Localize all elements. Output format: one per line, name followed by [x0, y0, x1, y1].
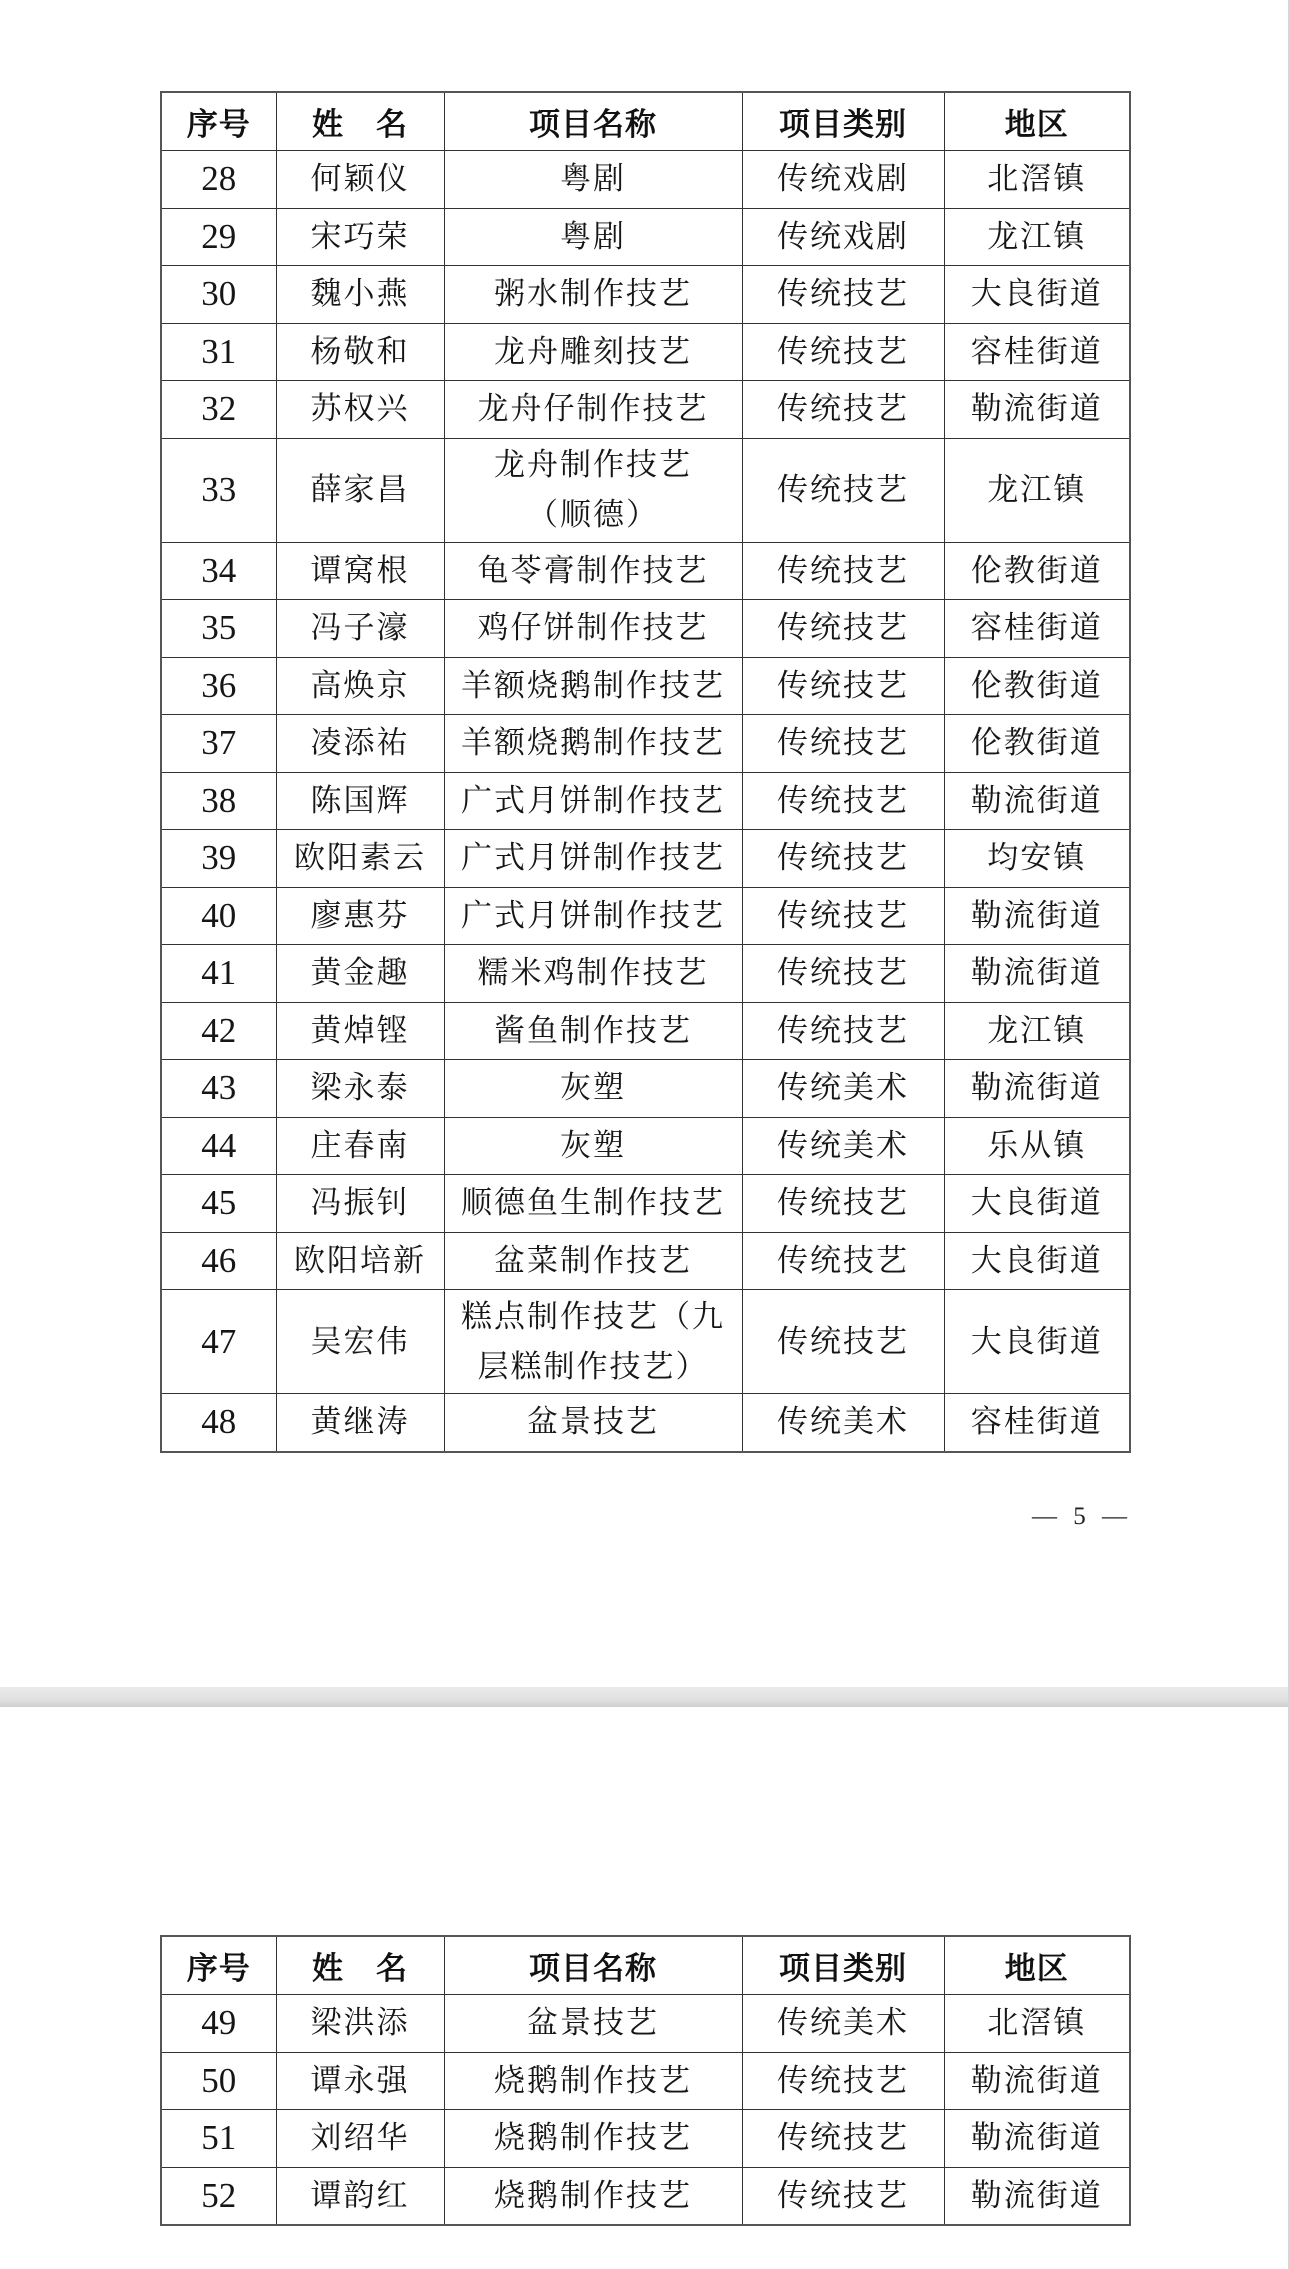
table-row: 46 欧阳培新 盆菜制作技艺 传统技艺 大良街道 [161, 1232, 1130, 1290]
cell-project-name: 广式月饼制作技艺 [444, 772, 742, 830]
table-row: 44 庄春南 灰塑 传统美术 乐从镇 [161, 1117, 1130, 1175]
cell-project-name: 灰塑 [444, 1060, 742, 1118]
table-row: 47 吴宏伟 糕点制作技艺（九 层糕制作技艺） 传统技艺 大良街道 [161, 1290, 1130, 1394]
table-row: 36 高焕京 羊额烧鹅制作技艺 传统技艺 伦教街道 [161, 657, 1130, 715]
document-page-5: 序号 姓 名 项目名称 项目类别 地区 28 何颖仪 粤剧 传统戏剧 北滘镇 2… [0, 0, 1288, 1687]
cell-serial-no: 35 [161, 600, 276, 658]
header-region: 地区 [944, 1936, 1130, 1995]
cell-region: 容桂街道 [944, 600, 1130, 658]
cell-project-name: 糕点制作技艺（九 层糕制作技艺） [444, 1290, 742, 1394]
table-row: 41 黄金趣 糯米鸡制作技艺 传统技艺 勒流街道 [161, 945, 1130, 1003]
cell-name: 黄继涛 [276, 1394, 444, 1452]
cell-region: 龙江镇 [944, 438, 1130, 542]
header-project-name: 项目名称 [444, 1936, 742, 1995]
cell-project-category: 传统技艺 [742, 715, 944, 773]
header-region: 地区 [944, 92, 1130, 151]
cell-region: 勒流街道 [944, 2052, 1130, 2110]
cell-name: 谭韵红 [276, 2167, 444, 2225]
header-name: 姓 名 [276, 92, 444, 151]
cell-project-name: 烧鹅制作技艺 [444, 2110, 742, 2168]
cell-name: 何颖仪 [276, 151, 444, 209]
cell-serial-no: 44 [161, 1117, 276, 1175]
cell-project-name: 烧鹅制作技艺 [444, 2167, 742, 2225]
table-row: 34 谭窝根 龟苓膏制作技艺 传统技艺 伦教街道 [161, 542, 1130, 600]
cell-serial-no: 30 [161, 266, 276, 324]
cell-region: 均安镇 [944, 830, 1130, 888]
cell-serial-no: 43 [161, 1060, 276, 1118]
cell-region: 伦教街道 [944, 715, 1130, 773]
header-serial-no: 序号 [161, 1936, 276, 1995]
cell-name: 吴宏伟 [276, 1290, 444, 1394]
table-row: 40 廖惠芬 广式月饼制作技艺 传统技艺 勒流街道 [161, 887, 1130, 945]
cell-project-category: 传统技艺 [742, 772, 944, 830]
cell-name: 苏权兴 [276, 381, 444, 439]
table-header-row: 序号 姓 名 项目名称 项目类别 地区 [161, 92, 1130, 151]
cell-serial-no: 33 [161, 438, 276, 542]
cell-project-category: 传统技艺 [742, 323, 944, 381]
page-number: — 5 — [1032, 1502, 1127, 1532]
cell-project-name: 龙舟制作技艺 （顺德） [444, 438, 742, 542]
table-row: 31 杨敬和 龙舟雕刻技艺 传统技艺 容桂街道 [161, 323, 1130, 381]
table-row: 50 谭永强 烧鹅制作技艺 传统技艺 勒流街道 [161, 2052, 1130, 2110]
document-page-6: 序号 姓 名 项目名称 项目类别 地区 49 梁洪添 盆景技艺 传统美术 北滘镇… [0, 1707, 1288, 2269]
cell-project-category: 传统戏剧 [742, 151, 944, 209]
cell-project-category: 传统美术 [742, 1995, 944, 2053]
cell-region: 乐从镇 [944, 1117, 1130, 1175]
cell-project-name: 鸡仔饼制作技艺 [444, 600, 742, 658]
cell-region: 勒流街道 [944, 2110, 1130, 2168]
cell-project-name: 龙舟雕刻技艺 [444, 323, 742, 381]
cell-name: 欧阳素云 [276, 830, 444, 888]
table-row: 38 陈国辉 广式月饼制作技艺 传统技艺 勒流街道 [161, 772, 1130, 830]
cell-project-name: 羊额烧鹅制作技艺 [444, 657, 742, 715]
table-row: 49 梁洪添 盆景技艺 传统美术 北滘镇 [161, 1995, 1130, 2053]
cell-name: 黄焯铿 [276, 1002, 444, 1060]
cell-name: 冯振钊 [276, 1175, 444, 1233]
header-project-category: 项目类别 [742, 1936, 944, 1995]
cell-serial-no: 37 [161, 715, 276, 773]
cell-name: 杨敬和 [276, 323, 444, 381]
header-project-category: 项目类别 [742, 92, 944, 151]
cell-serial-no: 29 [161, 208, 276, 266]
cell-name: 宋巧荣 [276, 208, 444, 266]
page-separator [0, 1687, 1290, 1707]
table-row: 42 黄焯铿 酱鱼制作技艺 传统技艺 龙江镇 [161, 1002, 1130, 1060]
cell-project-category: 传统美术 [742, 1394, 944, 1452]
cell-project-category: 传统美术 [742, 1060, 944, 1118]
cell-region: 大良街道 [944, 1290, 1130, 1394]
cell-serial-no: 52 [161, 2167, 276, 2225]
cell-project-category: 传统技艺 [742, 438, 944, 542]
cell-serial-no: 31 [161, 323, 276, 381]
cell-serial-no: 28 [161, 151, 276, 209]
cell-serial-no: 41 [161, 945, 276, 1003]
cell-serial-no: 49 [161, 1995, 276, 2053]
cell-region: 勒流街道 [944, 1060, 1130, 1118]
cell-serial-no: 38 [161, 772, 276, 830]
table-row: 45 冯振钊 顺德鱼生制作技艺 传统技艺 大良街道 [161, 1175, 1130, 1233]
cell-project-category: 传统技艺 [742, 542, 944, 600]
cell-name: 谭窝根 [276, 542, 444, 600]
cell-project-category: 传统技艺 [742, 2052, 944, 2110]
table-row: 51 刘绍华 烧鹅制作技艺 传统技艺 勒流街道 [161, 2110, 1130, 2168]
cell-serial-no: 50 [161, 2052, 276, 2110]
cell-serial-no: 34 [161, 542, 276, 600]
cell-region: 龙江镇 [944, 1002, 1130, 1060]
cell-project-name: 粤剧 [444, 208, 742, 266]
cell-name: 庄春南 [276, 1117, 444, 1175]
cell-region: 勒流街道 [944, 772, 1130, 830]
cell-project-name: 粤剧 [444, 151, 742, 209]
cell-project-category: 传统技艺 [742, 945, 944, 1003]
cell-serial-no: 39 [161, 830, 276, 888]
cell-project-category: 传统技艺 [742, 2110, 944, 2168]
cell-region: 容桂街道 [944, 1394, 1130, 1452]
cell-name: 高焕京 [276, 657, 444, 715]
cell-project-name: 龙舟仔制作技艺 [444, 381, 742, 439]
cell-region: 北滘镇 [944, 1995, 1130, 2053]
cell-project-category: 传统技艺 [742, 2167, 944, 2225]
cell-project-name: 糯米鸡制作技艺 [444, 945, 742, 1003]
cell-project-name: 羊额烧鹅制作技艺 [444, 715, 742, 773]
cell-region: 勒流街道 [944, 887, 1130, 945]
cell-project-name: 广式月饼制作技艺 [444, 887, 742, 945]
cell-project-name: 盆景技艺 [444, 1394, 742, 1452]
table-row: 29 宋巧荣 粤剧 传统戏剧 龙江镇 [161, 208, 1130, 266]
cell-region: 大良街道 [944, 1175, 1130, 1233]
cell-region: 大良街道 [944, 266, 1130, 324]
cell-name: 薛家昌 [276, 438, 444, 542]
cell-project-name: 酱鱼制作技艺 [444, 1002, 742, 1060]
cell-project-category: 传统戏剧 [742, 208, 944, 266]
cell-project-category: 传统技艺 [742, 1002, 944, 1060]
cell-project-name: 灰塑 [444, 1117, 742, 1175]
cell-name: 陈国辉 [276, 772, 444, 830]
inheritor-table: 序号 姓 名 项目名称 项目类别 地区 28 何颖仪 粤剧 传统戏剧 北滘镇 2… [160, 91, 1131, 1453]
table-row: 52 谭韵红 烧鹅制作技艺 传统技艺 勒流街道 [161, 2167, 1130, 2225]
cell-region: 伦教街道 [944, 542, 1130, 600]
cell-serial-no: 45 [161, 1175, 276, 1233]
table-row: 33 薛家昌 龙舟制作技艺 （顺德） 传统技艺 龙江镇 [161, 438, 1130, 542]
cell-name: 欧阳培新 [276, 1232, 444, 1290]
cell-project-name: 盆景技艺 [444, 1995, 742, 2053]
table-row: 37 凌添祐 羊额烧鹅制作技艺 传统技艺 伦教街道 [161, 715, 1130, 773]
cell-name: 刘绍华 [276, 2110, 444, 2168]
cell-region: 勒流街道 [944, 381, 1130, 439]
cell-name: 冯子濠 [276, 600, 444, 658]
cell-project-category: 传统美术 [742, 1117, 944, 1175]
table-row: 43 梁永泰 灰塑 传统美术 勒流街道 [161, 1060, 1130, 1118]
cell-name: 黄金趣 [276, 945, 444, 1003]
cell-region: 勒流街道 [944, 2167, 1130, 2225]
header-serial-no: 序号 [161, 92, 276, 151]
cell-project-category: 传统技艺 [742, 266, 944, 324]
table-row: 28 何颖仪 粤剧 传统戏剧 北滘镇 [161, 151, 1130, 209]
header-name: 姓 名 [276, 1936, 444, 1995]
cell-name: 谭永强 [276, 2052, 444, 2110]
cell-serial-no: 47 [161, 1290, 276, 1394]
cell-name: 梁永泰 [276, 1060, 444, 1118]
cell-region: 伦教街道 [944, 657, 1130, 715]
inheritor-table-continued: 序号 姓 名 项目名称 项目类别 地区 49 梁洪添 盆景技艺 传统美术 北滘镇… [160, 1935, 1131, 2226]
cell-project-category: 传统技艺 [742, 1175, 944, 1233]
cell-serial-no: 42 [161, 1002, 276, 1060]
cell-serial-no: 40 [161, 887, 276, 945]
cell-project-name: 烧鹅制作技艺 [444, 2052, 742, 2110]
cell-project-category: 传统技艺 [742, 657, 944, 715]
table-row: 30 魏小燕 粥水制作技艺 传统技艺 大良街道 [161, 266, 1130, 324]
cell-project-category: 传统技艺 [742, 600, 944, 658]
cell-region: 龙江镇 [944, 208, 1130, 266]
table-row: 39 欧阳素云 广式月饼制作技艺 传统技艺 均安镇 [161, 830, 1130, 888]
cell-name: 廖惠芬 [276, 887, 444, 945]
cell-project-category: 传统技艺 [742, 1232, 944, 1290]
header-project-name: 项目名称 [444, 92, 742, 151]
cell-project-name: 龟苓膏制作技艺 [444, 542, 742, 600]
cell-serial-no: 46 [161, 1232, 276, 1290]
cell-serial-no: 51 [161, 2110, 276, 2168]
cell-name: 梁洪添 [276, 1995, 444, 2053]
table-row: 35 冯子濠 鸡仔饼制作技艺 传统技艺 容桂街道 [161, 600, 1130, 658]
cell-project-name: 顺德鱼生制作技艺 [444, 1175, 742, 1233]
cell-project-category: 传统技艺 [742, 830, 944, 888]
cell-project-name: 广式月饼制作技艺 [444, 830, 742, 888]
table-row: 32 苏权兴 龙舟仔制作技艺 传统技艺 勒流街道 [161, 381, 1130, 439]
cell-project-category: 传统技艺 [742, 1290, 944, 1394]
cell-region: 勒流街道 [944, 945, 1130, 1003]
cell-name: 魏小燕 [276, 266, 444, 324]
cell-project-name: 盆菜制作技艺 [444, 1232, 742, 1290]
table-row: 48 黄继涛 盆景技艺 传统美术 容桂街道 [161, 1394, 1130, 1452]
cell-project-category: 传统技艺 [742, 887, 944, 945]
cell-region: 容桂街道 [944, 323, 1130, 381]
cell-serial-no: 32 [161, 381, 276, 439]
cell-serial-no: 36 [161, 657, 276, 715]
cell-region: 大良街道 [944, 1232, 1130, 1290]
cell-name: 凌添祐 [276, 715, 444, 773]
cell-project-name: 粥水制作技艺 [444, 266, 742, 324]
table-header-row: 序号 姓 名 项目名称 项目类别 地区 [161, 1936, 1130, 1995]
cell-project-category: 传统技艺 [742, 381, 944, 439]
cell-serial-no: 48 [161, 1394, 276, 1452]
cell-region: 北滘镇 [944, 151, 1130, 209]
